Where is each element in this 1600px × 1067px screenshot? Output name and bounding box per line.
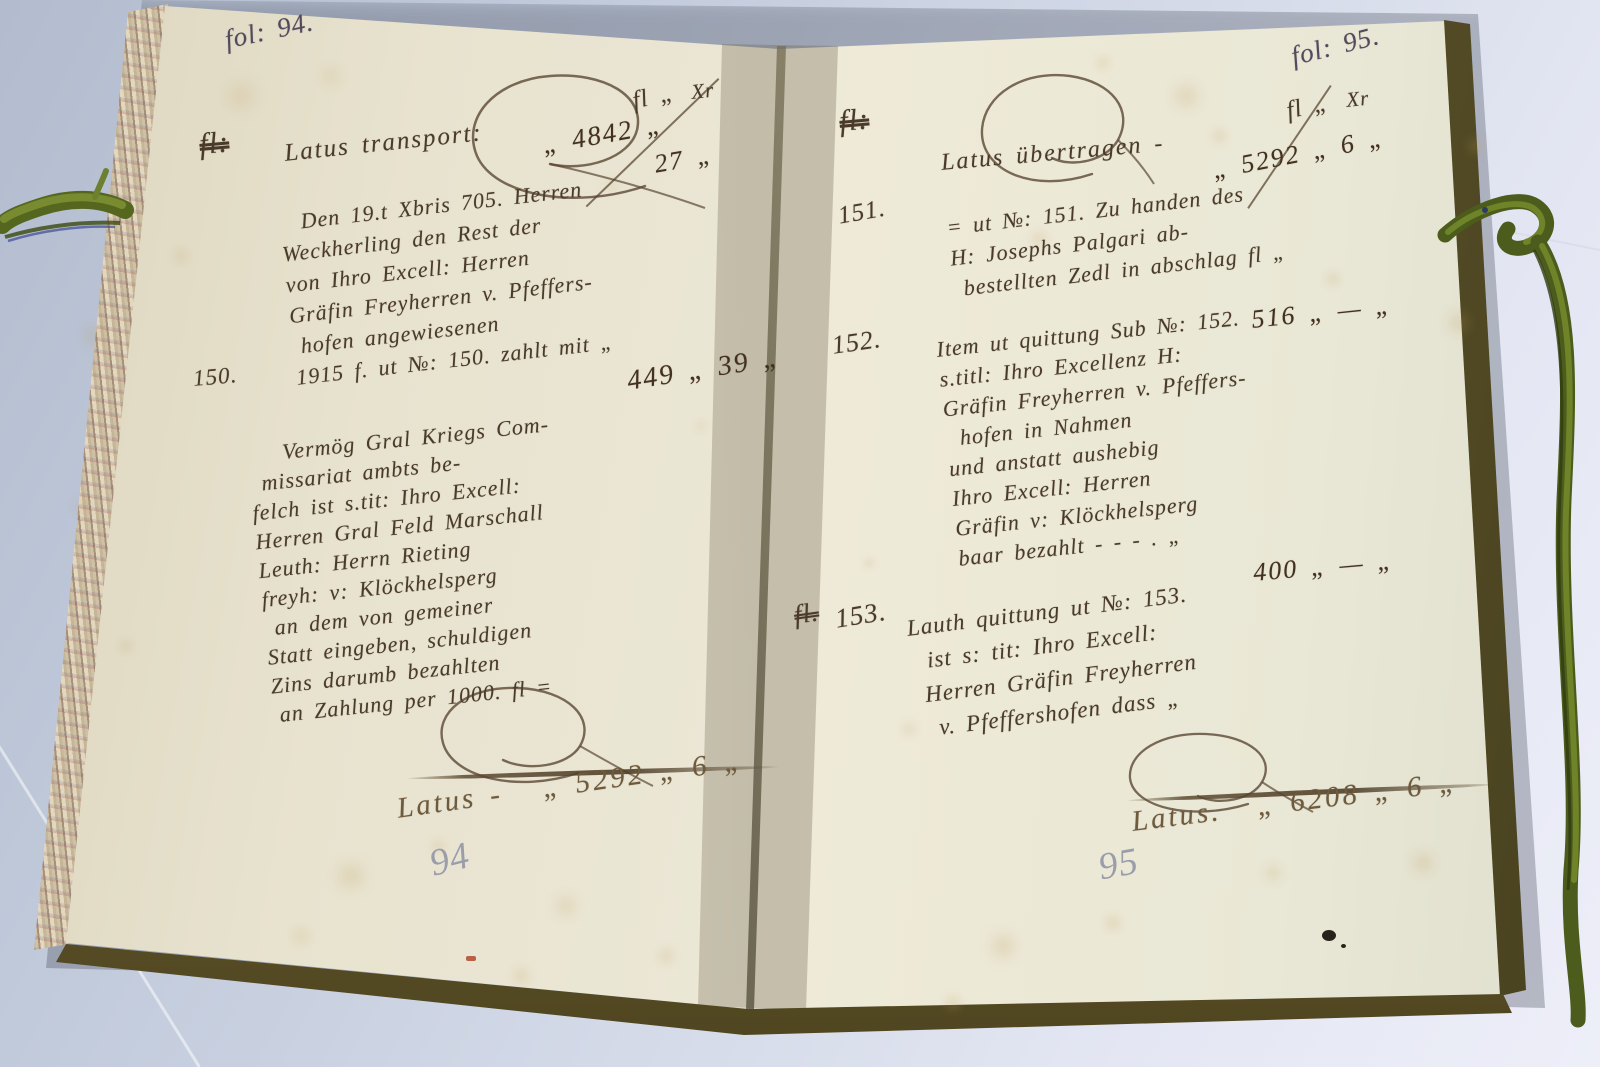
- foxing-stains-right: [0, 0, 2, 2]
- entry-150-paragraph: Den 19.t Xbris 705. Herren Weckherling d…: [277, 172, 615, 393]
- pencil-folio-right: 95: [1095, 839, 1142, 889]
- kriegs-commissariat-paragraph: Vermög Gral Kriegs Com- missariat ambts …: [245, 409, 577, 729]
- kreuzer-column-header-right: Xr: [1345, 86, 1370, 113]
- ribbon-right: [1430, 150, 1600, 1067]
- entry-153-margin-mark: fl.: [792, 597, 821, 631]
- kreuzer-column-header-left: Xr: [690, 78, 715, 105]
- entry-152-paragraph: Item ut quittung Sub №: 152. s.titl: Ihr…: [935, 303, 1264, 574]
- ink-spot: [1322, 930, 1336, 941]
- ribbon-left: [0, 155, 160, 275]
- red-mark: [466, 956, 476, 961]
- florin-margin-mark-right: fl:: [838, 102, 871, 138]
- photo-scene: fol: 94. fl: Latus transport: fl „ Xr „ …: [0, 0, 1600, 1067]
- ink-spot-small: [1341, 944, 1346, 948]
- flourish-right-top: [972, 66, 1162, 196]
- florin-margin-mark-left: fl:: [198, 125, 231, 161]
- entry-150-number: 150.: [192, 362, 238, 392]
